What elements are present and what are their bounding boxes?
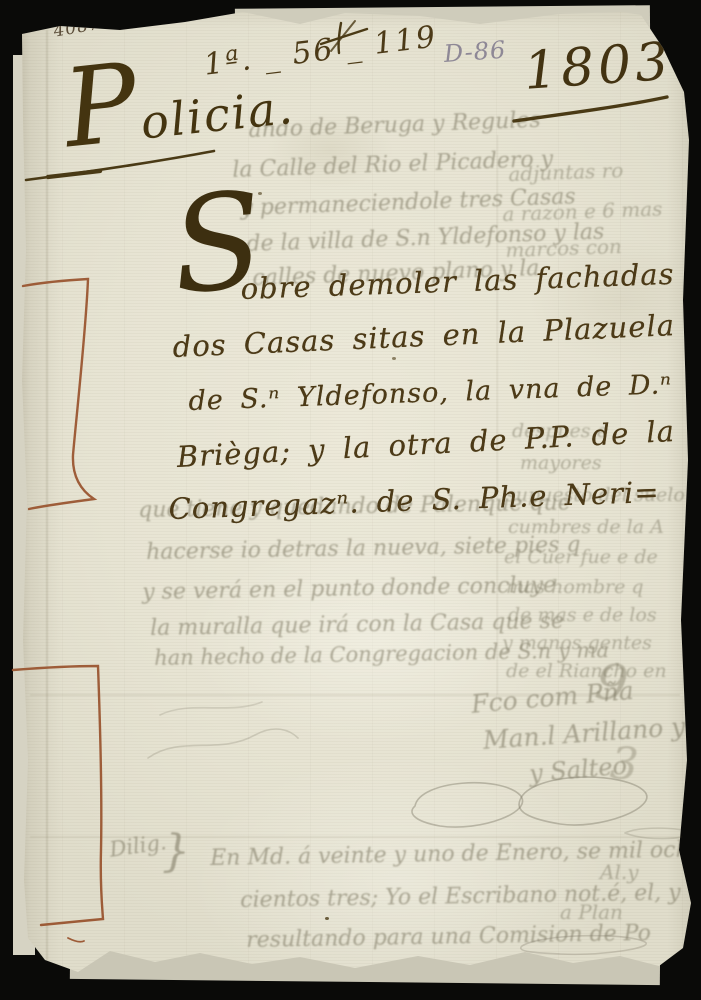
year-label: 1803. (522, 30, 695, 102)
bleedthrough-line: mas hombre q (506, 576, 644, 598)
bleedthrough-line: la Calle del Rio el Picadero y (232, 147, 553, 183)
bleedthrough-fragment: a Plan (560, 900, 623, 924)
bleedthrough-line: y manos gentes (502, 632, 652, 654)
bleedthrough-line: el Cuer fue e de (504, 546, 658, 568)
bleedthrough-margin-word: Dilig. (108, 830, 168, 862)
bleedthrough-line: y se verá en el punto donde concluye (142, 573, 556, 605)
ink-dot (258, 192, 262, 195)
bleedthrough-line: de mas e de los (508, 604, 657, 626)
shelf-mark: D-86 (443, 36, 507, 68)
page-content: ando de Beruga y Regules la Calle del Ri… (0, 0, 701, 1000)
manuscript-scan: ando de Beruga y Regules la Calle del Ri… (0, 0, 701, 1000)
bleedthrough-line: marcos con (505, 234, 622, 262)
bleedthrough-line: a razon e 6 mas (502, 196, 663, 226)
bleedthrough-fragment: Al.y (600, 860, 639, 884)
bleedthrough-line: adjuntas ro (508, 158, 624, 186)
ink-dot (325, 917, 329, 920)
archive-page-number: 4087 (52, 14, 102, 42)
title-line: de S.ⁿ Yldefonso, la vna de D.ⁿ Placido (188, 365, 701, 417)
bleedthrough-flourish: 3 (608, 738, 639, 791)
bleedthrough-brace: } (162, 826, 190, 877)
bleedthrough-signature: Man.l Arillano y (482, 712, 686, 755)
bleedthrough-line: de el Riancho en (506, 660, 667, 682)
bleedthrough-line: resultando para una Comision de Po (246, 921, 651, 953)
ink-dot (392, 357, 396, 360)
bleedthrough-line: cumbres de la A (508, 516, 664, 538)
